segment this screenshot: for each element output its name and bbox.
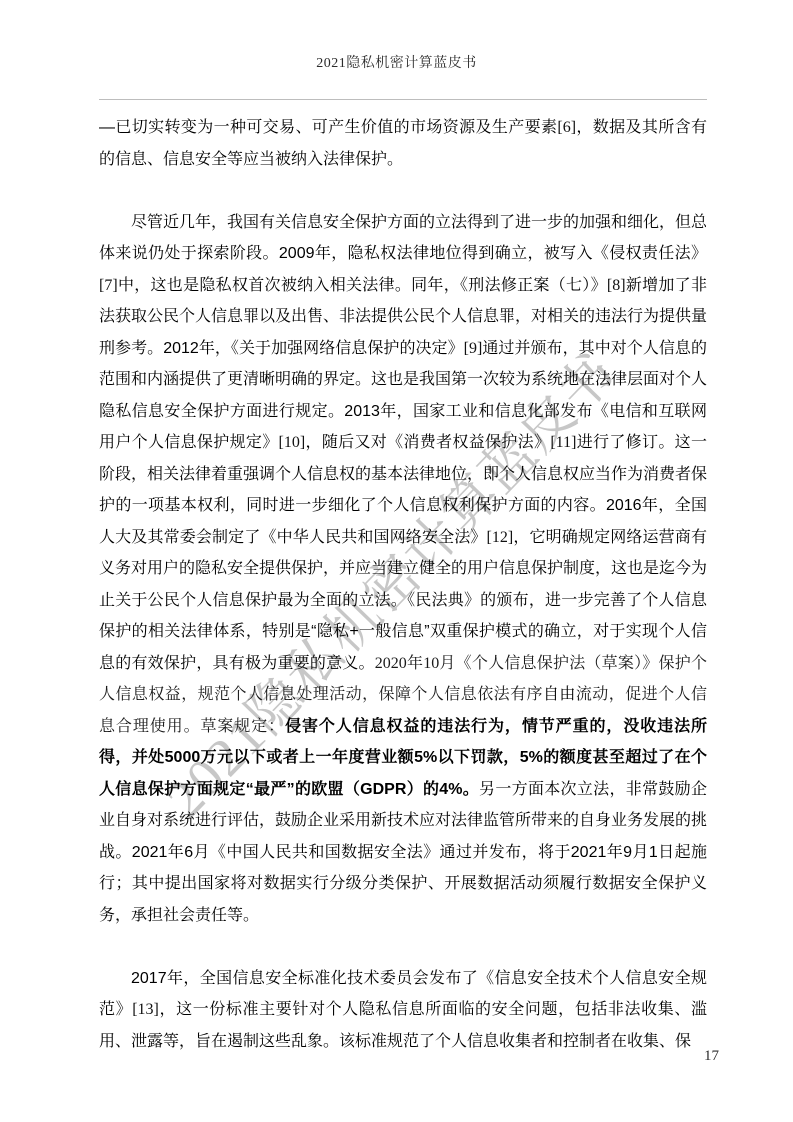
text-run-sans: ，这一份标准主要针对个人隐私信息所面临的安全问题，包括非法收集、滥用、泄露等，旨… bbox=[99, 1001, 707, 1050]
text-run-ref: [11] bbox=[550, 434, 576, 451]
text-run-ref: [7] bbox=[99, 277, 118, 294]
text-run-ref: [8] bbox=[607, 277, 626, 294]
page-number: 17 bbox=[99, 1048, 719, 1065]
text-run-sans: ，它明确规定网络运营商有义务对用户的隐私安全提供保护，并应当建立健全的用户信息保… bbox=[99, 529, 707, 672]
paragraph: 尽管近几年，我国有关信息安全保护方面的立法得到了进一步的加强和细化，但总体来说仍… bbox=[99, 207, 707, 932]
text-run-sans: 自由 bbox=[543, 686, 576, 703]
text-run-ref: [12] bbox=[487, 529, 514, 546]
body-text: —已切实转变为一种可交易、可产生价值的市场资源及生产要素[6]，数据及其所含有的… bbox=[99, 112, 707, 1089]
text-run-ref: [9] bbox=[464, 340, 483, 357]
text-run-sans: —已切实转变为一种可交易、可产生价值的市场资源及生产要素 bbox=[99, 119, 557, 136]
header-divider bbox=[99, 99, 707, 100]
paragraph: —已切实转变为一种可交易、可产生价值的市场资源及生产要素[6]，数据及其所含有的… bbox=[99, 112, 707, 175]
text-run-sans: 尽管近几年，我国有关信息安全保护方面的立法得到了进一步的加强和细化，但总体来说仍… bbox=[99, 214, 707, 263]
text-run-sans: 另一方面本次立法，非常鼓励企业自身对系统进行评估，鼓励企业采用新技术应对法律监管… bbox=[99, 781, 707, 924]
text-run-sans: 中，这也是隐私权首次被纳入相关法律。同年，《刑法修正案（七）》 bbox=[118, 277, 607, 294]
document-page: 2021隐私机密计算蓝皮书 2021隐私机密计算蓝皮书 —已切实转变为一种可交易… bbox=[0, 0, 793, 1122]
text-run-ref: [6] bbox=[557, 119, 576, 136]
running-header: 2021隐私机密计算蓝皮书 bbox=[0, 52, 793, 72]
paragraph: 2017年，全国信息安全标准化技术委员会发布了《信息安全技术个人信息安全规范》[… bbox=[99, 963, 707, 1058]
text-run-ref: [10] bbox=[279, 434, 306, 451]
text-run-sans: ，随后又对《消费者权益保护法》 bbox=[305, 434, 550, 451]
text-run-ref: [13] bbox=[132, 1001, 159, 1018]
